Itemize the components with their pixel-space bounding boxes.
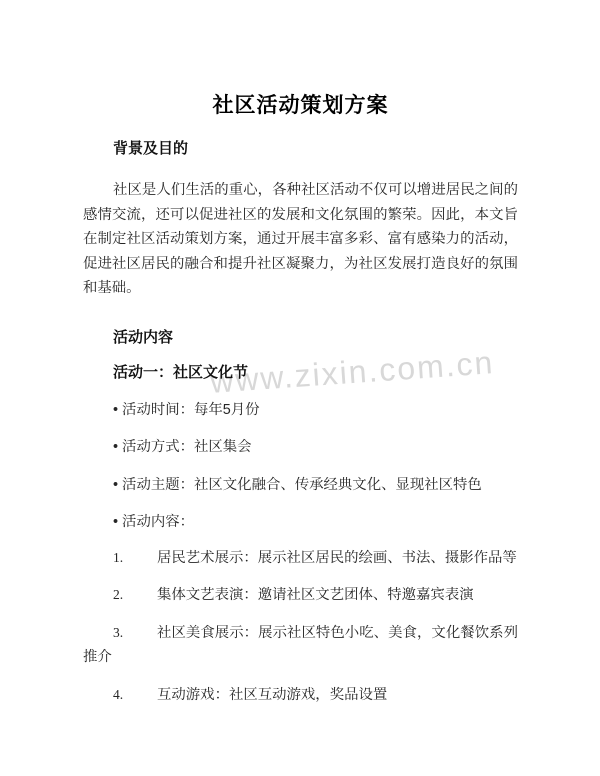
bullet-item-label: 活动方式：社区集会 [122,439,252,455]
bullet-item-method: •活动方式：社区集会 [83,435,518,460]
page-title: 社区活动策划方案 [83,92,518,120]
item-text: 居民艺术展示：展示社区居民的绘画、书法、摄影作品等 [157,550,517,566]
activity-one-heading: 活动一：社区文化节 [83,360,518,385]
item-text: 集体文艺表演：邀请社区文艺团体、特邀嘉宾表演 [157,587,474,603]
bullet-item-label: 活动主题：社区文化融合、传承经典文化、显现社区特色 [122,477,482,493]
bullet-item-label: 活动时间：每年5月份 [122,402,260,418]
bullet-item-time: •活动时间：每年5月份 [83,398,518,423]
item-number: 4. [113,683,157,708]
bullet-item-theme: •活动主题：社区文化融合、传承经典文化、显现社区特色 [83,473,518,498]
item-number: 2. [113,583,157,608]
item-text: 互动游戏：社区互动游戏，奖品设置 [157,687,387,703]
numbered-item-1: 1.居民艺术展示：展示社区居民的绘画、书法、摄影作品等 [83,546,518,571]
bullet-icon: • [113,398,118,423]
bullet-icon: • [113,510,118,535]
document-page: www.zixin.com.cn 社区活动策划方案 背景及目的 社区是人们生活的… [0,0,600,776]
section-heading-activities: 活动内容 [83,325,518,350]
item-number: 3. [113,621,157,646]
bullet-icon: • [113,435,118,460]
numbered-item-4: 4.互动游戏：社区互动游戏，奖品设置 [83,683,518,708]
section-heading-background: 背景及目的 [83,136,518,161]
background-paragraph: 社区是人们生活的重心，各种社区活动不仅可以增进居民之间的感情交流，还可以促进社区… [83,178,518,301]
numbered-item-2: 2.集体文艺表演：邀请社区文艺团体、特邀嘉宾表演 [83,583,518,608]
bullet-item-label: 活动内容： [122,514,194,530]
document-content: 社区活动策划方案 背景及目的 社区是人们生活的重心，各种社区活动不仅可以增进居民… [0,0,600,707]
numbered-item-3: 3.社区美食展示：展示社区特色小吃、美食，文化餐饮系列推介 [83,621,518,670]
bullet-item-content: •活动内容： [83,510,518,535]
item-number: 1. [113,546,157,571]
bullet-icon: • [113,473,118,498]
